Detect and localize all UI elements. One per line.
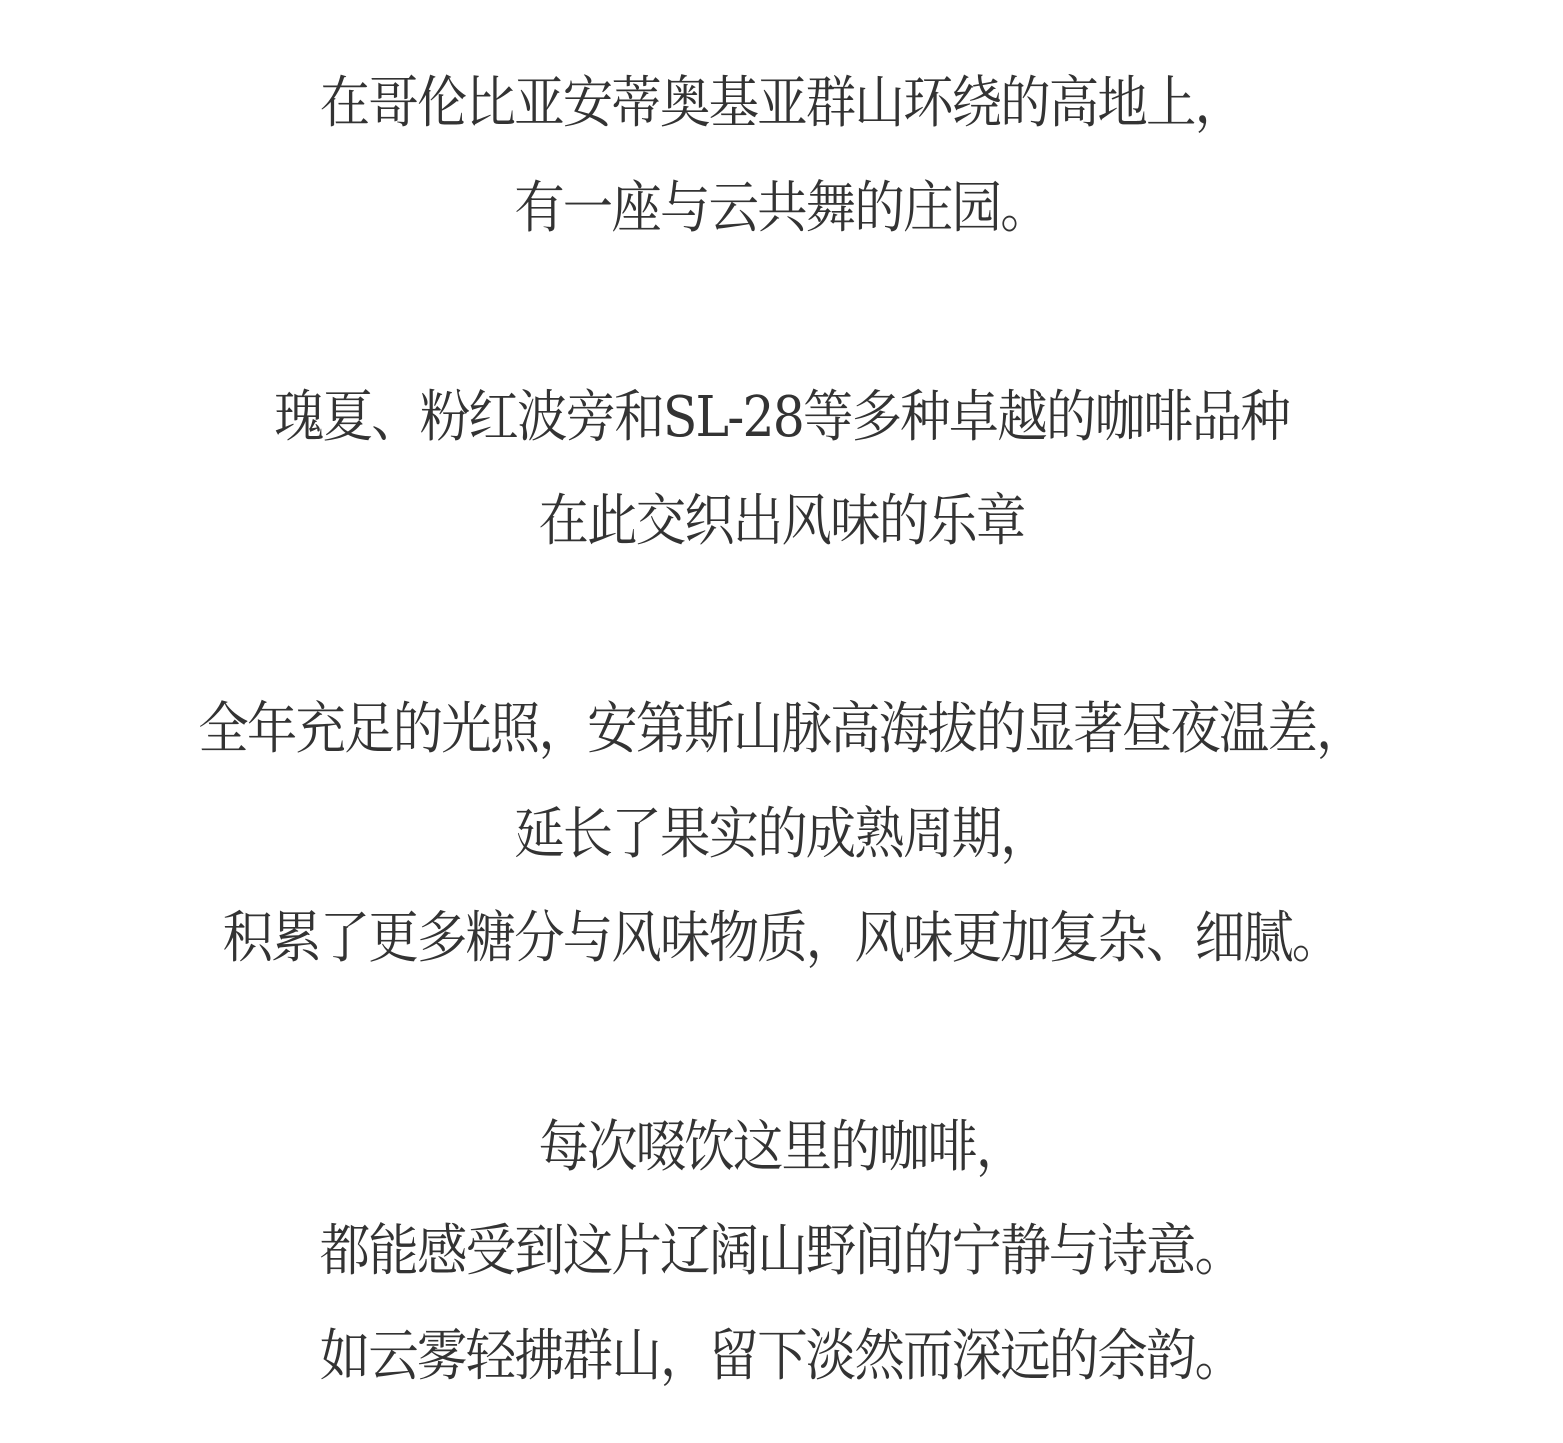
text-line: 积累了更多糖分与风味物质，风味更加复杂、细腻。: [78, 887, 1485, 991]
text-line: 每次啜饮这里的咖啡，: [78, 1096, 1485, 1200]
poem-document: 在哥伦比亚安蒂奥基亚群山环绕的高地上， 有一座与云共舞的庄园。 瑰夏、粉红波旁和…: [0, 0, 1563, 1443]
text-line: 在哥伦比亚安蒂奥基亚群山环绕的高地上，: [78, 52, 1485, 156]
text-line: 有一座与云共舞的庄园。: [78, 157, 1485, 261]
text-line: 都能感受到这片辽阔山野间的宁静与诗意。: [78, 1200, 1485, 1304]
text-line: 全年充足的光照，安第斯山脉高海拔的显著昼夜温差，: [78, 678, 1485, 782]
text-line: 在此交织出风味的乐章: [78, 470, 1485, 574]
text-line: 如云雾轻拂群山，留下淡然而深远的余韵。: [78, 1305, 1485, 1409]
text-line: 延长了果实的成熟周期，: [78, 783, 1485, 887]
text-line: 瑰夏、粉红波旁和SL-28等多种卓越的咖啡品种: [78, 366, 1485, 470]
